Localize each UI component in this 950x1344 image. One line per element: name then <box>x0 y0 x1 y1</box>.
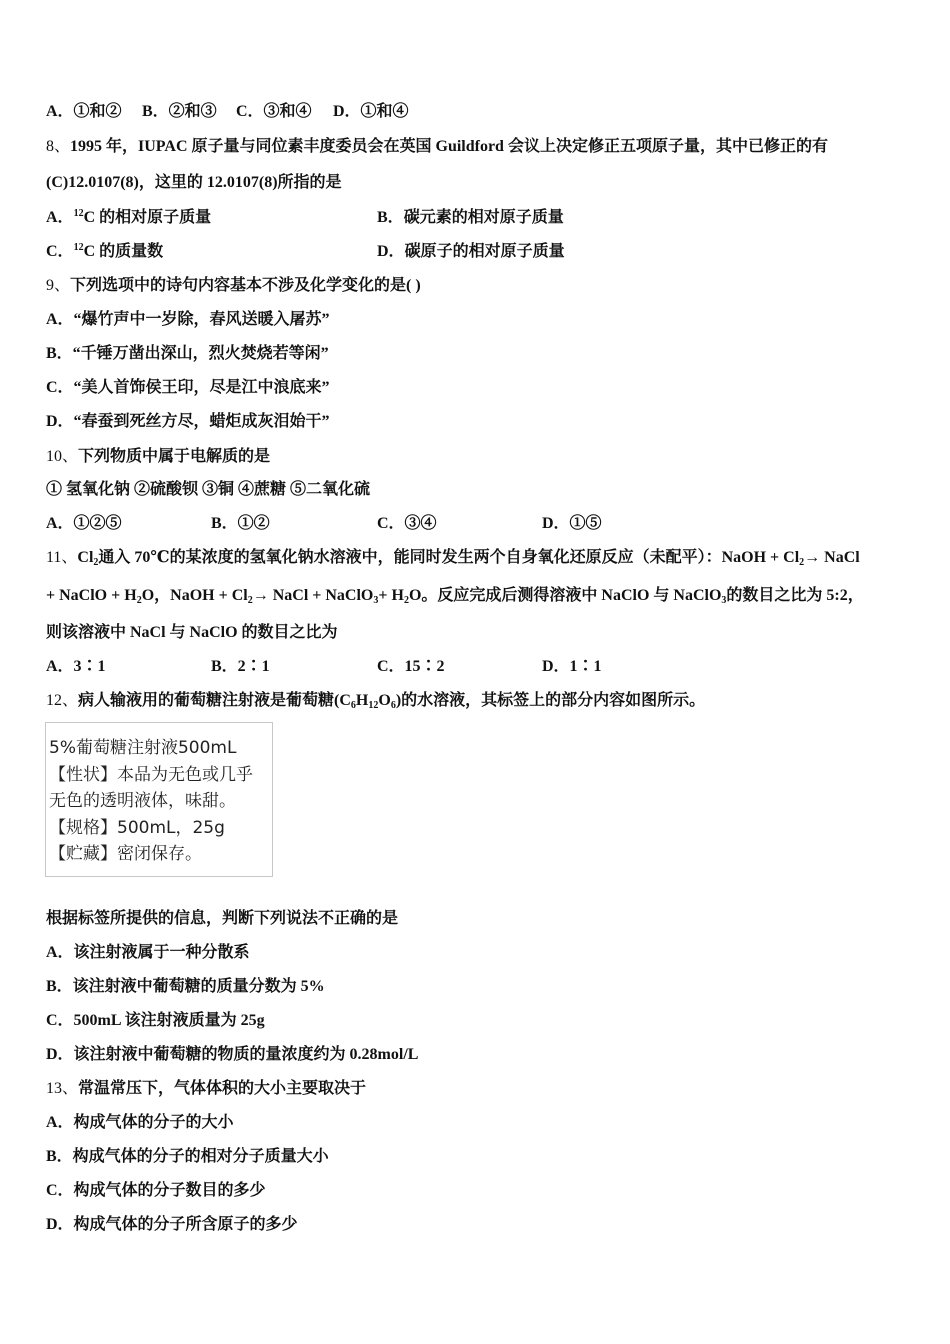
glucose-label-image: 5%葡萄糖注射液500mL 【性状】本品为无色或几乎 无色的透明液体，味甜。 【… <box>45 722 273 877</box>
q8-option-a: A．12C 的相对原子质量 <box>46 208 211 228</box>
q12-option-c: C．500mL 该注射液质量为 25g <box>46 1011 265 1031</box>
label-line: 【性状】本品为无色或几乎 <box>49 762 272 789</box>
q11-stem-line3: 则该溶液中 NaCl 与 NaClO 的数目之比为 <box>46 623 338 643</box>
q7-option-a: A．①和② <box>46 102 122 122</box>
q8-option-b: B．碳元素的相对原子质量 <box>377 208 564 228</box>
q7-option-d: D．①和④ <box>333 102 409 122</box>
q12-option-b: B．该注射液中葡萄糖的质量分数为 5% <box>46 977 325 997</box>
q11-option-a: A．3∶1 <box>46 657 106 677</box>
q11-stem-line1: 11、Cl2通入 70℃的某浓度的氢氧化钠水溶液中，能同时发生两个自身氧化还原反… <box>46 548 860 568</box>
q9-option-c: C．“美人首饰侯王印，尽是江中浪底来” <box>46 378 330 398</box>
label-line: 无色的透明液体，味甜。 <box>49 788 272 815</box>
q8-stem-line1: 8、1995 年，IUPAC 原子量与同位素丰度委员会在英国 Guildford… <box>46 137 828 157</box>
q8-number: 8、 <box>46 138 70 155</box>
q13-option-a: A．构成气体的分子的大小 <box>46 1113 234 1133</box>
q13-option-d: D．构成气体的分子所含原子的多少 <box>46 1215 298 1235</box>
q7-option-c: C．③和④ <box>236 102 312 122</box>
label-line: 【规格】500mL，25g <box>49 815 272 842</box>
q13-option-c: C．构成气体的分子数目的多少 <box>46 1181 266 1201</box>
label-line: 5%葡萄糖注射液500mL <box>49 735 272 762</box>
q9-option-a: A．“爆竹声中一岁除，春风送暖入屠苏” <box>46 310 330 330</box>
q10-items: ① 氢氧化钠 ②硫酸钡 ③铜 ④蔗糖 ⑤二氧化硫 <box>46 480 370 500</box>
q10-option-b: B．①② <box>211 514 270 534</box>
q10-stem: 10、下列物质中属于电解质的是 <box>46 447 270 467</box>
q11-option-b: B．2∶1 <box>211 657 270 677</box>
q13-option-b: B．构成气体的分子的相对分子质量大小 <box>46 1147 329 1167</box>
q8-stem-text: 1995 年，IUPAC 原子量与同位素丰度委员会在英国 Guildford 会… <box>70 138 828 155</box>
q13-stem: 13、常温常压下，气体体积的大小主要取决于 <box>46 1079 366 1099</box>
label-line: 【贮藏】密闭保存。 <box>49 841 272 868</box>
q7-option-b: B．②和③ <box>142 102 217 122</box>
q10-option-a: A．①②⑤ <box>46 514 122 534</box>
q10-option-d: D．①⑤ <box>542 514 602 534</box>
q8-option-d: D．碳原子的相对原子质量 <box>377 242 565 262</box>
q12-option-a: A．该注射液属于一种分散系 <box>46 943 250 963</box>
q11-option-d: D．1∶1 <box>542 657 602 677</box>
q12-question: 根据标签所提供的信息，判断下列说法不正确的是 <box>46 909 398 929</box>
q8-option-c: C．12C 的质量数 <box>46 242 163 262</box>
q8-stem-line2: (C)12.0107(8)，这里的 12.0107(8)所指的是 <box>46 173 342 193</box>
q10-option-c: C．③④ <box>377 514 437 534</box>
q9-stem: 9、下列选项中的诗句内容基本不涉及化学变化的是( ) <box>46 276 421 296</box>
q12-option-d: D．该注射液中葡萄糖的物质的量浓度约为 0.28mol/L <box>46 1045 418 1065</box>
q9-option-b: B．“千锤万凿出深山，烈火焚烧若等闲” <box>46 344 329 364</box>
q9-option-d: D．“春蚕到死丝方尽，蜡炬成灰泪始干” <box>46 412 330 432</box>
q11-stem-line2: + NaClO + H2O，NaOH + Cl2→ NaCl + NaClO3+… <box>46 586 864 606</box>
q11-option-c: C．15∶2 <box>377 657 445 677</box>
q12-stem: 12、病人输液用的葡萄糖注射液是葡萄糖(C6H12O6)的水溶液，其标签上的部分… <box>46 691 705 711</box>
